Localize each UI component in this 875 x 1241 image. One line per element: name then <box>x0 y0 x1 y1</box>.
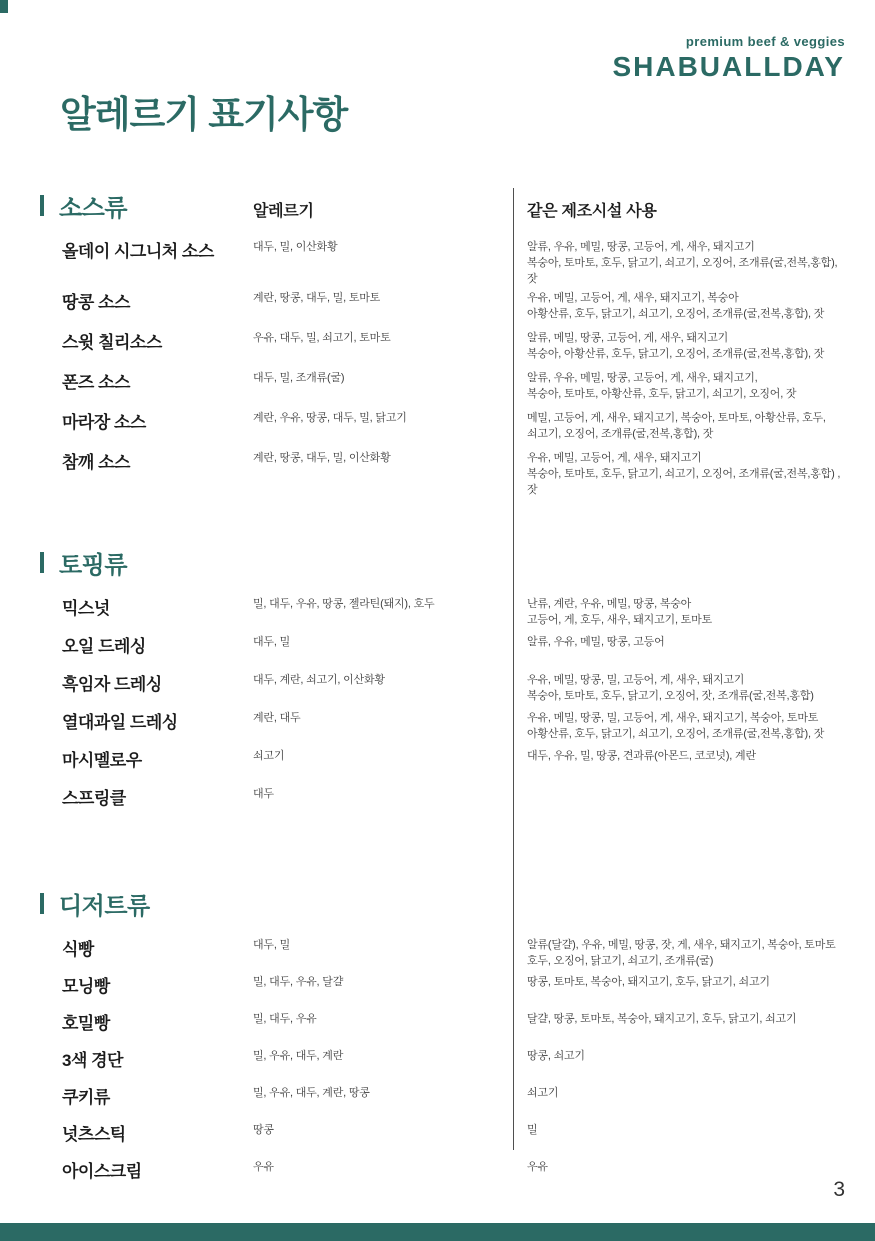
item-allergy: 계란, 우유, 땅콩, 대두, 밀, 닭고기 <box>253 408 527 427</box>
item-facility: 땅콩, 토마토, 복숭아, 돼지고기, 호두, 닭고기, 쇠고기 <box>527 972 845 991</box>
document-page: premium beef & veggies SHABUALLDAY 알레르기 … <box>0 0 875 1241</box>
item-allergy: 대두 <box>253 784 527 803</box>
item-facility: 알류, 우유, 메밀, 땅콩, 고등어 <box>527 632 845 651</box>
table-row: 마시멜로우 쇠고기 대두, 우유, 밀, 땅콩, 견과류(아몬드, 코코넛), … <box>40 746 845 784</box>
section-accent-bar <box>40 893 44 914</box>
table-row: 호밀빵 밀, 대두, 우유 달걀, 땅콩, 토마토, 복숭아, 돼지고기, 호두… <box>40 1009 845 1046</box>
item-facility <box>527 784 845 787</box>
item-facility: 쇠고기 <box>527 1083 845 1102</box>
item-name: 마라장 소스 <box>40 408 253 433</box>
table-row: 마라장 소스 계란, 우유, 땅콩, 대두, 밀, 닭고기 메밀, 고등어, 게… <box>40 408 845 448</box>
table-row: 폰즈 소스 대두, 밀, 조개류(굴) 알류, 우유, 메밀, 땅콩, 고등어,… <box>40 368 845 408</box>
section-header: 디저트류 <box>40 886 845 921</box>
item-allergy: 대두, 밀 <box>253 632 527 651</box>
section-desserts: 디저트류 식빵 대두, 밀 알류(달걀), 우유, 메밀, 땅콩, 잣, 게, … <box>40 886 845 1194</box>
table-row: 열대과일 드레싱 계란, 대두 우유, 메밀, 땅콩, 밀, 고등어, 게, 새… <box>40 708 845 746</box>
section-rows: 식빵 대두, 밀 알류(달걀), 우유, 메밀, 땅콩, 잣, 게, 새우, 돼… <box>40 935 845 1194</box>
item-allergy: 쇠고기 <box>253 746 527 765</box>
item-allergy: 대두, 밀 <box>253 935 527 954</box>
table-row: 넛츠스틱 땅콩 밀 <box>40 1120 845 1157</box>
item-facility: 알류, 메밀, 땅콩, 고등어, 게, 새우, 돼지고기 복숭아, 아황산류, … <box>527 328 845 363</box>
item-facility: 우유, 메밀, 땅콩, 밀, 고등어, 게, 새우, 돼지고기 복숭아, 토마토… <box>527 670 845 705</box>
allergy-table: 소스류 알레르기 같은 제조시설 사용 올데이 시그니처 소스 대두, 밀, 이… <box>40 178 845 1194</box>
item-name: 넛츠스틱 <box>40 1120 253 1145</box>
item-name: 아이스크림 <box>40 1157 253 1182</box>
column-header-allergy: 알레르기 <box>253 198 527 221</box>
item-allergy: 밀, 대두, 우유, 달걀 <box>253 972 527 991</box>
column-header-facility: 같은 제조시설 사용 <box>527 198 845 221</box>
item-name: 믹스넛 <box>40 594 253 619</box>
item-facility: 땅콩, 쇠고기 <box>527 1046 845 1065</box>
item-facility: 대두, 우유, 밀, 땅콩, 견과류(아몬드, 코코넛), 계란 <box>527 746 845 765</box>
brand-tagline: premium beef & veggies <box>612 34 845 49</box>
item-name: 흑임자 드레싱 <box>40 670 253 695</box>
table-row: 참깨 소스 계란, 땅콩, 대두, 밀, 이산화황 우유, 메밀, 고등어, 게… <box>40 448 845 499</box>
item-name: 마시멜로우 <box>40 746 253 771</box>
table-row: 오일 드레싱 대두, 밀 알류, 우유, 메밀, 땅콩, 고등어 <box>40 632 845 670</box>
item-facility: 알류, 우유, 메밀, 땅콩, 고등어, 게, 새우, 돼지고기 복숭아, 토마… <box>527 237 845 288</box>
item-allergy: 밀, 대두, 우유 <box>253 1009 527 1028</box>
table-row: 올데이 시그니처 소스 대두, 밀, 이산화황 알류, 우유, 메밀, 땅콩, … <box>40 237 845 288</box>
item-name: 스윗 칠리소스 <box>40 328 253 353</box>
table-row: 쿠키류 밀, 우유, 대두, 계란, 땅콩 쇠고기 <box>40 1083 845 1120</box>
table-row: 식빵 대두, 밀 알류(달걀), 우유, 메밀, 땅콩, 잣, 게, 새우, 돼… <box>40 935 845 972</box>
item-allergy: 밀, 대두, 우유, 땅콩, 젤라틴(돼지), 호두 <box>253 594 527 613</box>
brand-logo: premium beef & veggies SHABUALLDAY <box>612 34 845 83</box>
section-title-wrap: 토핑류 <box>40 545 253 580</box>
item-name: 참깨 소스 <box>40 448 253 473</box>
item-allergy: 땅콩 <box>253 1120 527 1139</box>
table-row: 흑임자 드레싱 대두, 계란, 쇠고기, 이산화황 우유, 메밀, 땅콩, 밀,… <box>40 670 845 708</box>
item-allergy: 대두, 밀, 이산화황 <box>253 237 527 256</box>
table-row: 아이스크림 우유 우유 <box>40 1157 845 1194</box>
table-row: 스윗 칠리소스 우유, 대두, 밀, 쇠고기, 토마토 알류, 메밀, 땅콩, … <box>40 328 845 368</box>
section-header: 토핑류 <box>40 545 845 580</box>
item-allergy: 우유, 대두, 밀, 쇠고기, 토마토 <box>253 328 527 347</box>
table-row: 믹스넛 밀, 대두, 우유, 땅콩, 젤라틴(돼지), 호두 난류, 계란, 우… <box>40 594 845 632</box>
section-title-wrap: 소스류 <box>40 188 253 223</box>
table-row: 스프링클 대두 <box>40 784 845 822</box>
item-name: 올데이 시그니처 소스 <box>40 237 253 262</box>
item-allergy: 대두, 밀, 조개류(굴) <box>253 368 527 387</box>
item-facility: 달걀, 땅콩, 토마토, 복숭아, 돼지고기, 호두, 닭고기, 쇠고기 <box>527 1009 845 1028</box>
item-name: 식빵 <box>40 935 253 960</box>
item-facility: 메밀, 고등어, 게, 새우, 돼지고기, 복숭아, 토마토, 아황산류, 호두… <box>527 408 845 443</box>
item-name: 열대과일 드레싱 <box>40 708 253 733</box>
item-allergy: 계란, 대두 <box>253 708 527 727</box>
item-allergy: 밀, 우유, 대두, 계란, 땅콩 <box>253 1083 527 1102</box>
section-title: 토핑류 <box>59 545 127 580</box>
item-name: 폰즈 소스 <box>40 368 253 393</box>
table-row: 땅콩 소스 계란, 땅콩, 대두, 밀, 토마토 우유, 메밀, 고등어, 게,… <box>40 288 845 328</box>
section-accent-bar <box>40 195 44 216</box>
section-sauces: 소스류 알레르기 같은 제조시설 사용 올데이 시그니처 소스 대두, 밀, 이… <box>40 188 845 499</box>
section-title-wrap: 디저트류 <box>40 886 253 921</box>
page-number: 3 <box>833 1178 845 1202</box>
item-allergy: 계란, 땅콩, 대두, 밀, 이산화황 <box>253 448 527 467</box>
item-facility: 우유, 메밀, 땅콩, 밀, 고등어, 게, 새우, 돼지고기, 복숭아, 토마… <box>527 708 845 743</box>
item-facility: 우유, 메밀, 고등어, 게, 새우, 돼지고기, 복숭아 아황산류, 호두, … <box>527 288 845 323</box>
item-name: 땅콩 소스 <box>40 288 253 313</box>
item-facility: 알류, 우유, 메밀, 땅콩, 고등어, 게, 새우, 돼지고기, 복숭아, 토… <box>527 368 845 403</box>
item-name: 모닝빵 <box>40 972 253 997</box>
item-allergy: 우유 <box>253 1157 527 1176</box>
item-facility: 우유, 메밀, 고등어, 게, 새우, 돼지고기 복숭아, 토마토, 호두, 닭… <box>527 448 845 499</box>
item-facility: 밀 <box>527 1120 845 1139</box>
item-name: 오일 드레싱 <box>40 632 253 657</box>
section-header: 소스류 알레르기 같은 제조시설 사용 <box>40 188 845 223</box>
item-allergy: 대두, 계란, 쇠고기, 이산화황 <box>253 670 527 689</box>
item-name: 쿠키류 <box>40 1083 253 1108</box>
item-allergy: 계란, 땅콩, 대두, 밀, 토마토 <box>253 288 527 307</box>
item-allergy: 밀, 우유, 대두, 계란 <box>253 1046 527 1065</box>
section-accent-bar <box>40 552 44 573</box>
item-name: 호밀빵 <box>40 1009 253 1034</box>
brand-name: SHABUALLDAY <box>612 51 845 83</box>
item-facility: 우유 <box>527 1157 845 1176</box>
section-title: 소스류 <box>59 188 127 223</box>
item-name: 스프링클 <box>40 784 253 809</box>
table-row: 3색 경단 밀, 우유, 대두, 계란 땅콩, 쇠고기 <box>40 1046 845 1083</box>
footer-accent-bar <box>0 1223 875 1241</box>
section-rows: 믹스넛 밀, 대두, 우유, 땅콩, 젤라틴(돼지), 호두 난류, 계란, 우… <box>40 594 845 822</box>
item-facility: 난류, 계란, 우유, 메밀, 땅콩, 복숭아 고등어, 게, 호두, 새우, … <box>527 594 845 629</box>
section-rows: 올데이 시그니처 소스 대두, 밀, 이산화황 알류, 우유, 메밀, 땅콩, … <box>40 237 845 499</box>
item-facility: 알류(달걀), 우유, 메밀, 땅콩, 잣, 게, 새우, 돼지고기, 복숭아,… <box>527 935 845 970</box>
section-title: 디저트류 <box>59 886 150 921</box>
section-toppings: 토핑류 믹스넛 밀, 대두, 우유, 땅콩, 젤라틴(돼지), 호두 난류, 계… <box>40 545 845 822</box>
corner-accent-mark <box>0 0 8 13</box>
table-row: 모닝빵 밀, 대두, 우유, 달걀 땅콩, 토마토, 복숭아, 돼지고기, 호두… <box>40 972 845 1009</box>
page-title: 알레르기 표기사항 <box>60 84 347 138</box>
item-name: 3색 경단 <box>40 1046 253 1071</box>
